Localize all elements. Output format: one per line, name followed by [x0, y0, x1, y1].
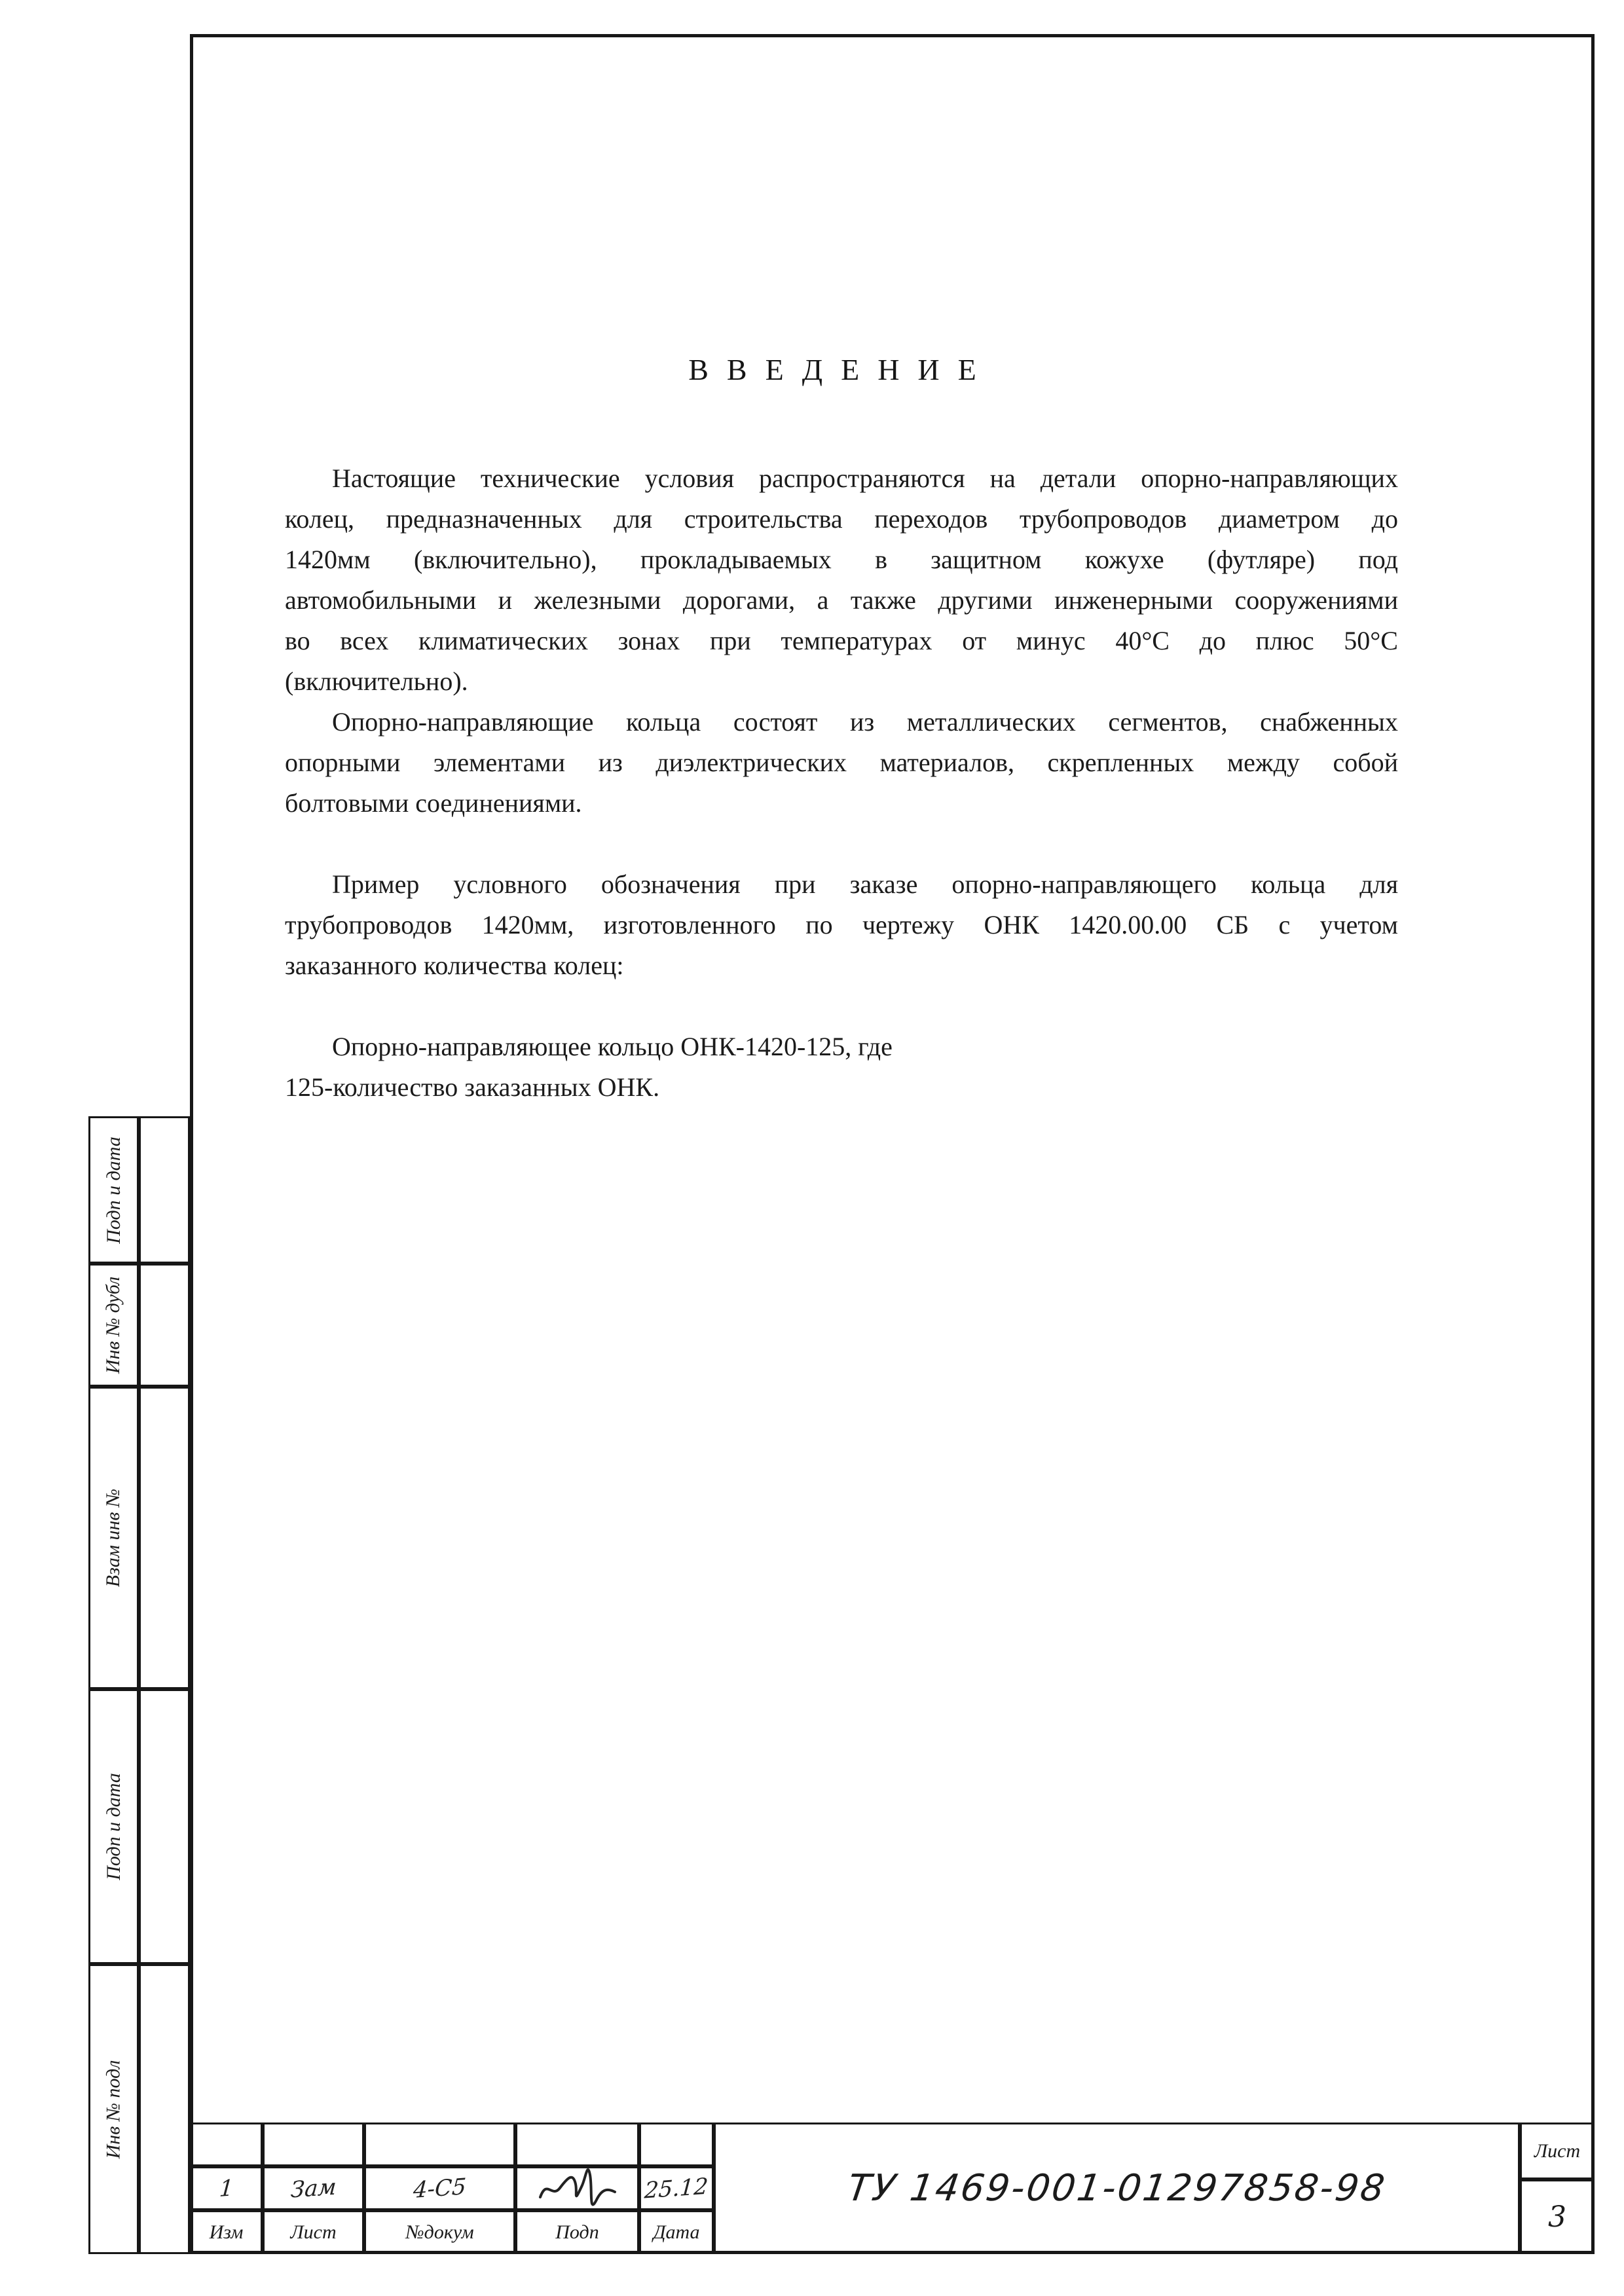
stamp-cell-label: Инв № дубл: [88, 1264, 139, 1387]
stamp-cell-empty: [139, 1964, 190, 2254]
stamp-cell-empty: [139, 1116, 190, 1264]
text-line: трубопроводов1420мм,изготовленногопочерт…: [285, 905, 1398, 945]
revision-cell-empty: [263, 2123, 364, 2166]
sheet-number-cell: 3: [1520, 2179, 1595, 2254]
page-title: ВВЕДЕНИЕ: [285, 352, 1398, 387]
stamp-cell-empty: [139, 1689, 190, 1964]
revision-cell-value: 4-С5: [364, 2166, 515, 2210]
handwritten-data: 25.12: [644, 2173, 709, 2204]
revision-label-text: Подп: [555, 2221, 599, 2244]
stamp-cell-label: Взам инв №: [88, 1387, 139, 1689]
revision-column-label: Дата: [639, 2210, 714, 2254]
text-line: автомобильнымиижелезнымидорогами,атакжед…: [285, 580, 1398, 621]
sheet-label: Лист: [1534, 2140, 1580, 2162]
handwritten-izm: 1: [218, 2175, 234, 2202]
body-text: Настоящиетехническиеусловияраспространяю…: [285, 458, 1398, 1108]
revision-column-label: №докум: [364, 2210, 515, 2254]
sidebar-stamp-column: Подп и датаИнв № дублВзам инв №Подп и да…: [88, 1116, 190, 2254]
text-line: опорнымиэлементамииздиэлектрическихматер…: [285, 742, 1398, 783]
revision-cell-empty: [515, 2123, 639, 2166]
sheet-number: 3: [1548, 2200, 1566, 2234]
revision-cell-empty: [639, 2123, 714, 2166]
revision-cell-value: 25.12: [639, 2166, 714, 2210]
text-line: Примерусловногообозначенияпризаказеопорн…: [285, 864, 1398, 905]
text-line: Опорно-направляющее кольцо ОНК-1420-125,…: [285, 1027, 1398, 1067]
sheet-label-cell: Лист: [1520, 2123, 1595, 2179]
text-line: заказанного количества колец:: [285, 945, 1398, 986]
revision-label-text: Лист: [290, 2221, 336, 2244]
stamp-vertical-label: Взам инв №: [103, 1489, 125, 1587]
stamp-vertical-label: Инв № подл: [103, 2060, 125, 2159]
stamp-cell-label: Подп и дата: [88, 1689, 139, 1964]
text-line: Опорно-направляющиекольцасостоятизметалл…: [285, 702, 1398, 742]
text-line: (включительно).: [285, 661, 1398, 702]
revision-label-text: №докум: [405, 2221, 473, 2244]
stamp-vertical-label: Подп и дата: [103, 1137, 125, 1244]
handwritten-dokum: 4-С5: [413, 2174, 467, 2204]
scanned-document-page: ВВЕДЕНИЕ Настоящиетехническиеусловиярасп…: [0, 0, 1624, 2296]
revision-column-label: Изм: [190, 2210, 263, 2254]
stamp-cell-empty: [139, 1387, 190, 1689]
signature-scribble: [535, 2166, 620, 2212]
stamp-cell-empty: [139, 1264, 190, 1387]
revision-label-text: Изм: [210, 2221, 244, 2244]
doc-number-cell: ТУ 1469-001-01297858-98: [714, 2123, 1520, 2254]
text-line: 1420мм(включительно),прокладываемыхвзащи…: [285, 539, 1398, 580]
revision-column-label: Лист: [263, 2210, 364, 2254]
revision-label-text: Дата: [653, 2221, 699, 2244]
revision-cell-value: Зам: [263, 2166, 364, 2210]
text-line: вовсехклиматическихзонахпритемпературахо…: [285, 621, 1398, 661]
text-line: болтовыми соединениями.: [285, 783, 1398, 824]
text-line: 125-количество заказанных ОНК.: [285, 1067, 1398, 1108]
stamp-cell-label: Инв № подл: [88, 1964, 139, 2254]
text-line: Настоящиетехническиеусловияраспространяю…: [285, 458, 1398, 499]
text-line: колец,предназначенныхдлястроительствапер…: [285, 499, 1398, 539]
revision-cell-empty: [190, 2123, 263, 2166]
revision-column-label: Подп: [515, 2210, 639, 2254]
doc-number: ТУ 1469-001-01297858-98: [845, 2167, 1389, 2210]
revision-cell-empty: [364, 2123, 515, 2166]
handwritten-list: Зам: [289, 2174, 337, 2203]
stamp-vertical-label: Инв № дубл: [103, 1277, 125, 1374]
stamp-cell-label: Подп и дата: [88, 1116, 139, 1264]
revision-cell-value: 1: [190, 2166, 263, 2210]
stamp-vertical-label: Подп и дата: [103, 1773, 125, 1880]
signature-cell: [515, 2166, 639, 2210]
